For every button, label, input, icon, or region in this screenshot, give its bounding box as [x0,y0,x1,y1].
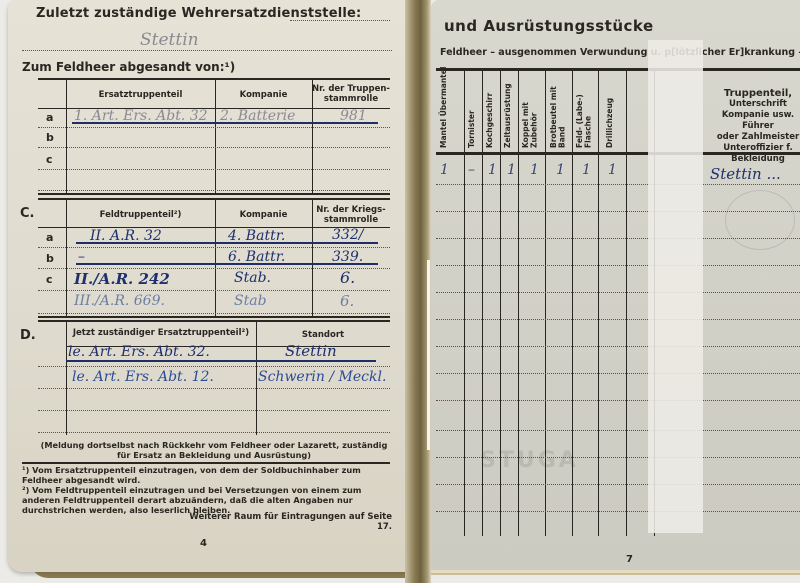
row-label: b [46,131,54,144]
entry-nr: 6. [340,292,354,310]
dotted-line [436,238,800,239]
entry-truppenteil: le. Art. Ers. Abt. 12. [72,369,214,385]
dotted-line [436,346,800,347]
column-header: Jetzt zuständiger Ersatztruppenteil²) [66,328,256,338]
table-divider [518,70,519,536]
column-header: Standort [256,330,390,340]
right-page-subtitle: Feldheer – ausgenommen Verwundung u. p[l… [440,47,800,58]
page-number-right: 7 [626,554,633,565]
column-header: Tornister [468,76,477,148]
tally-value: 1 [507,162,516,178]
tally-value: 1 [556,162,565,178]
column-header: Zeltausrüstung [504,76,513,148]
table-divider [500,70,501,536]
section-c-letter: C. [20,206,34,221]
column-header: Brotbeutel mit Band [550,76,570,148]
row-label: a [46,111,53,124]
row-label: b [46,252,54,265]
column-header: Feldtruppenteil²) [66,210,215,220]
row-label: c [46,153,53,166]
entry-truppenteil: III./A.R. 669. [74,293,165,309]
signature: Stettin ... [710,165,781,183]
dotted-line [22,50,392,51]
column-header: Kompanie [215,210,312,220]
dotted-line [436,430,800,431]
column-header: Kochgeschirr [486,76,495,148]
dotted-line [38,313,390,314]
column-header: Nr. der Truppen-stammrolle [312,84,390,104]
entry-standort: Stettin [285,342,337,360]
entry-truppenteil: le. Art. Ers. Abt. 32. [68,344,210,360]
dotted-line [436,211,800,212]
entry-truppenteil: II./A.R. 242 [74,270,170,288]
column-header: Ersatztruppenteil [66,90,215,100]
table-divider [626,70,627,536]
dotted-line [38,366,390,367]
section-d-letter: D. [20,328,36,343]
section-d-note: (Meldung dortselbst nach Rückkehr vom Fe… [38,440,390,460]
section-a-heading: Zuletzt zuständige Wehrersatzdienststell… [36,6,361,21]
dotted-line [38,290,390,291]
section-b-title: Zum Feldheer abgesandt von:¹) [22,60,235,74]
row-label: c [46,273,53,286]
tally-value: 1 [582,162,591,178]
truppenteil-header: Truppenteil, Unterschrift Kompanie usw. … [708,88,800,165]
right-page-title: und Ausrüstungsstücke [444,17,654,35]
tally-value: 1 [488,162,497,178]
strikethrough-line [76,242,378,244]
row-label: a [46,231,53,244]
table-divider [436,68,800,71]
handwritten-wehrersatz: Stettin [140,30,199,50]
column-header: Koppel mit Zubehör [522,76,542,148]
column-header: Mantel Übermantel [440,76,449,148]
footnote-1: ¹) Vom Ersatztruppenteil einzutragen, vo… [22,465,392,485]
column-header: Feld- (Labe-) Flasche [576,76,596,148]
column-header: Drillichzeug [606,76,615,148]
header-line: oder Zahlmeister [708,132,800,143]
table-divider [545,70,546,536]
dotted-line [38,268,390,269]
dotted-line [436,319,800,320]
faint-round-stamp [725,190,795,250]
entry-kompanie: Stab. [234,270,271,286]
table-divider [482,70,483,536]
header-line: Kompanie usw. Führer [708,110,800,132]
column-header: Nr. der Kriegs-stammrolle [312,205,390,225]
dotted-line [38,190,390,191]
dotted-line [38,410,390,411]
dotted-line [38,169,390,170]
strikethrough-line [72,122,378,124]
table-divider [598,70,599,536]
tally-value: 1 [530,162,539,178]
dotted-line [38,388,390,389]
continuation-note: Weiterer Raum für Eintragungen auf Seite… [180,512,392,532]
table-divider [464,70,465,536]
dotted-line [436,373,800,374]
dotted-line [436,292,800,293]
dotted-line [38,127,390,128]
dotted-line [436,400,800,401]
spine-thread [427,260,430,450]
tally-value: 1 [440,162,449,178]
entry-nr: 6. [340,268,355,287]
tally-value: 1 [608,162,617,178]
entry-kompanie: Stab [234,293,267,309]
strikethrough-line [76,263,378,265]
header-line: Unterschrift [708,99,800,110]
table-divider [572,70,573,536]
strikethrough-line [66,360,376,362]
tape-strip [648,40,703,533]
dotted-line [436,457,800,458]
table-divider [22,462,390,464]
header-line: Unteroffizier f. Bekleidung [708,143,800,165]
page-number-left: 4 [200,538,207,549]
dotted-line [38,432,390,433]
column-header: Kompanie [215,90,312,100]
dotted-line [436,484,800,485]
header-line: Truppenteil, [708,88,800,99]
entry-standort: Schwerin / Meckl. [258,369,386,385]
dotted-line [436,184,800,185]
dotted-line [38,147,390,148]
dotted-line [436,511,800,512]
dotted-line [290,20,390,21]
dotted-line [436,265,800,266]
faint-stamp: STUGA [480,448,579,473]
entry-nr: 332/ [332,227,363,243]
dotted-line [38,247,390,248]
tally-value: – [468,162,475,178]
footnote-2: ²) Vom Feldtruppenteil einzutragen und b… [22,485,392,515]
soldbuch-spread: Zuletzt zuständige Wehrersatzdienststell… [0,0,800,583]
